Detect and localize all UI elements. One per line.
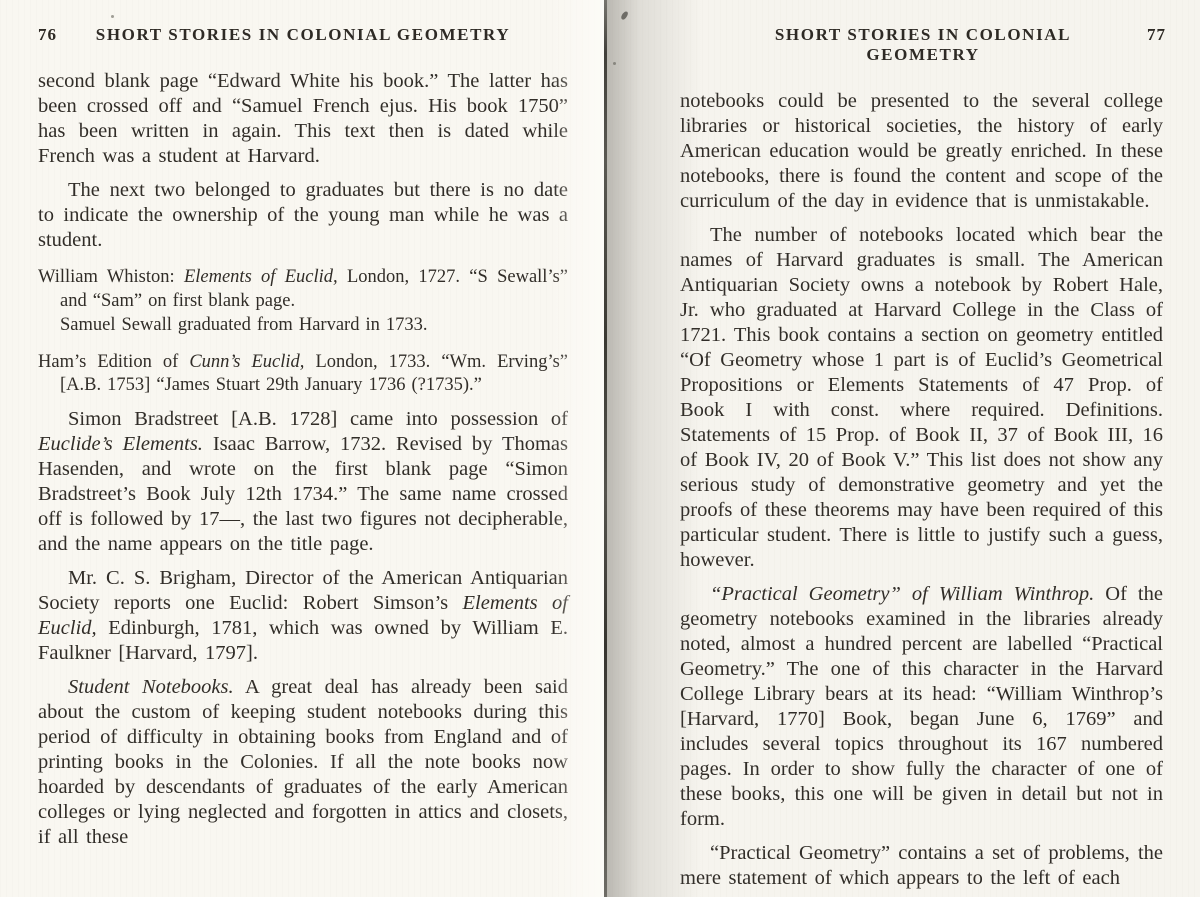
italic-text: Cunn’s Euclid,: [189, 352, 304, 372]
paragraph: Ham’s Edition of Cunn’s Euclid, London, …: [38, 351, 568, 398]
paragraph: “Practical Geometry” contains a set of p…: [680, 841, 1163, 891]
text-run: second blank page “Edward White his book…: [38, 70, 568, 167]
paragraph: second blank page “Edward White his book…: [38, 69, 568, 169]
scan-speck: [111, 15, 114, 18]
italic-text: Euclide’s Elements.: [38, 433, 203, 455]
text-run: The next two belonged to graduates but t…: [38, 179, 568, 251]
text-block-right: notebooks could be presented to the seve…: [606, 89, 1200, 891]
paragraph: Samuel Sewall graduated from Harvard in …: [38, 314, 568, 338]
text-run: Edinburgh, 1781, which was owned by Will…: [38, 617, 568, 664]
scan-speck: [613, 62, 616, 65]
paragraph: Mr. C. S. Brigham, Director of the Ameri…: [38, 566, 568, 666]
paragraph: The number of notebooks located which be…: [680, 223, 1163, 573]
paragraph: “Practical Geometry” of William Winthrop…: [680, 582, 1163, 832]
italic-text: Student Notebooks.: [68, 676, 234, 698]
italic-text: Elements of Euclid,: [184, 267, 338, 287]
text-run: The number of notebooks located which be…: [680, 224, 1163, 571]
paragraph: The next two belonged to graduates but t…: [38, 178, 568, 253]
text-run: Simon Bradstreet [A.B. 1728] came into p…: [68, 408, 568, 430]
book-spine-line: [604, 0, 607, 897]
page-number-left: 76: [38, 25, 90, 45]
text-run: Of the geometry notebooks examined in th…: [680, 583, 1163, 830]
book-spread: 76 SHORT STORIES IN COLONIAL GEOMETRY se…: [0, 0, 1200, 897]
text-run: William Whiston:: [38, 267, 184, 287]
paragraph: William Whiston: Elements of Euclid, Lon…: [38, 266, 568, 313]
running-head-right: SHORT STORIES IN COLONIAL GEOMETRY 77: [606, 0, 1200, 65]
text-run: Samuel Sewall graduated from Harvard in …: [60, 315, 428, 335]
text-run: A great deal has already been said about…: [38, 676, 568, 848]
running-title-left: SHORT STORIES IN COLONIAL GEOMETRY: [90, 25, 516, 45]
text-run: “Practical Geometry” contains a set of p…: [680, 842, 1163, 889]
italic-text: “Practical Geometry” of William Winthrop…: [710, 583, 1094, 605]
paragraph: Student Notebooks. A great deal has alre…: [38, 675, 568, 850]
page-left: 76 SHORT STORIES IN COLONIAL GEOMETRY se…: [0, 0, 606, 897]
paragraph: notebooks could be presented to the seve…: [680, 89, 1163, 214]
page-number-right: 77: [1114, 25, 1166, 45]
running-title-right: SHORT STORIES IN COLONIAL GEOMETRY: [732, 25, 1114, 65]
page-right: SHORT STORIES IN COLONIAL GEOMETRY 77 no…: [606, 0, 1200, 897]
paragraph: Simon Bradstreet [A.B. 1728] came into p…: [38, 407, 568, 557]
text-run: notebooks could be presented to the seve…: [680, 90, 1163, 212]
text-run: Ham’s Edition of: [38, 352, 189, 372]
running-head-left: 76 SHORT STORIES IN COLONIAL GEOMETRY: [0, 0, 606, 45]
text-block-left: second blank page “Edward White his book…: [0, 69, 606, 850]
